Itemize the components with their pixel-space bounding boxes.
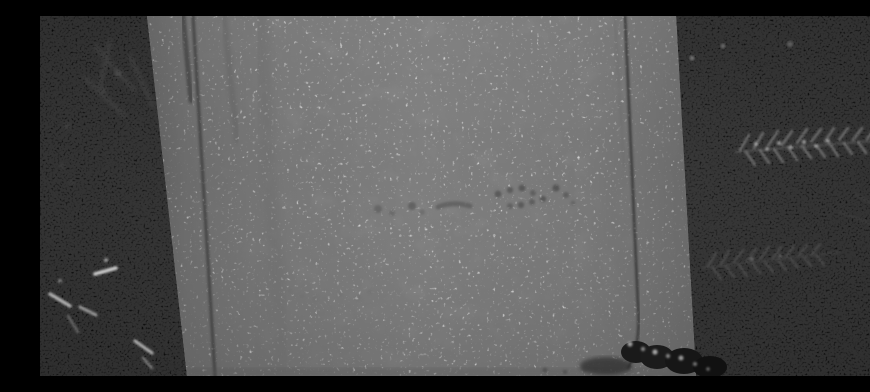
- photo-canvas: Monochrome photograph: a tall, pale, hea…: [40, 16, 870, 376]
- gravestone: [147, 16, 696, 376]
- base-debris-shadow: [580, 357, 632, 375]
- gravestone-photograph: Monochrome photograph: a tall, pale, hea…: [40, 16, 870, 376]
